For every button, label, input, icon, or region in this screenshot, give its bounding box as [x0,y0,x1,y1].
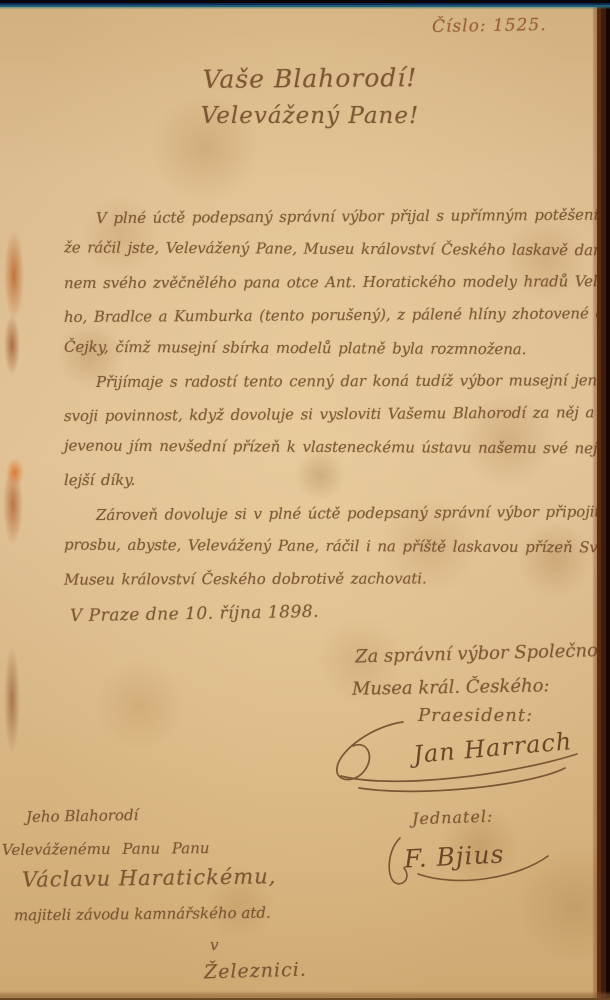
body-line: jevenou jím nevšední přízeň k vlasteneck… [64,437,610,458]
photo-edge-bottom [0,991,610,1000]
address-preposition: v [210,936,218,954]
body-line: že ráčil jste, Velevážený Pane, Museu kr… [64,238,610,259]
address-town: Železnici. [204,959,307,984]
body-line: Museu království Českého dobrotivě zacho… [64,569,427,588]
president-signature: Jan Harrach [325,716,585,798]
body-line: prosbu, abyste, Velevážený Pane, ráčil i… [64,536,610,557]
leather-binding-highlights [0,0,40,1000]
secretary-title: Jednatel: [412,807,494,829]
body-line: svoji povinnost, když dovoluje si vyslov… [64,403,610,425]
secretary-signature-name: F. Bjius [403,839,505,873]
body-line: V plné úctě podepsaný správní výbor přij… [96,205,610,227]
body-line: Zároveň dovoluje si v plné úctě podepsan… [96,502,610,524]
manuscript-letter-photo: Číslo: 1525. Vaše Blahorodí! Velevážený … [0,0,610,1000]
photo-edge-top [0,0,610,9]
closing-line-2: Musea král. Českého: [352,675,550,699]
body-line: lejší díky. [64,471,135,489]
salutation-line-1: Vaše Blahorodí! [145,63,475,95]
document-number: Číslo: 1525. [432,15,547,37]
salutation-line-2: Velevážený Pane! [145,103,475,129]
body-line: Čejky, čímž musejní sbírka modelů platně… [64,338,526,358]
body-line: Přijímaje s radostí tento cenný dar koná… [96,371,610,391]
body-line: nem svého zvěčnělého pana otce Ant. Hora… [64,272,610,292]
address-line-1: Jeho Blahorodí [26,806,139,826]
body-line: ho, Bradlce a Kumburka (tento porušený),… [64,304,610,326]
address-line-4: majiteli závodu kamnářského atd. [14,904,271,925]
address-recipient-name: Václavu Haratickému, [22,864,277,892]
leather-binding-right [592,0,610,1000]
secretary-signature: F. Bjius [378,830,558,892]
